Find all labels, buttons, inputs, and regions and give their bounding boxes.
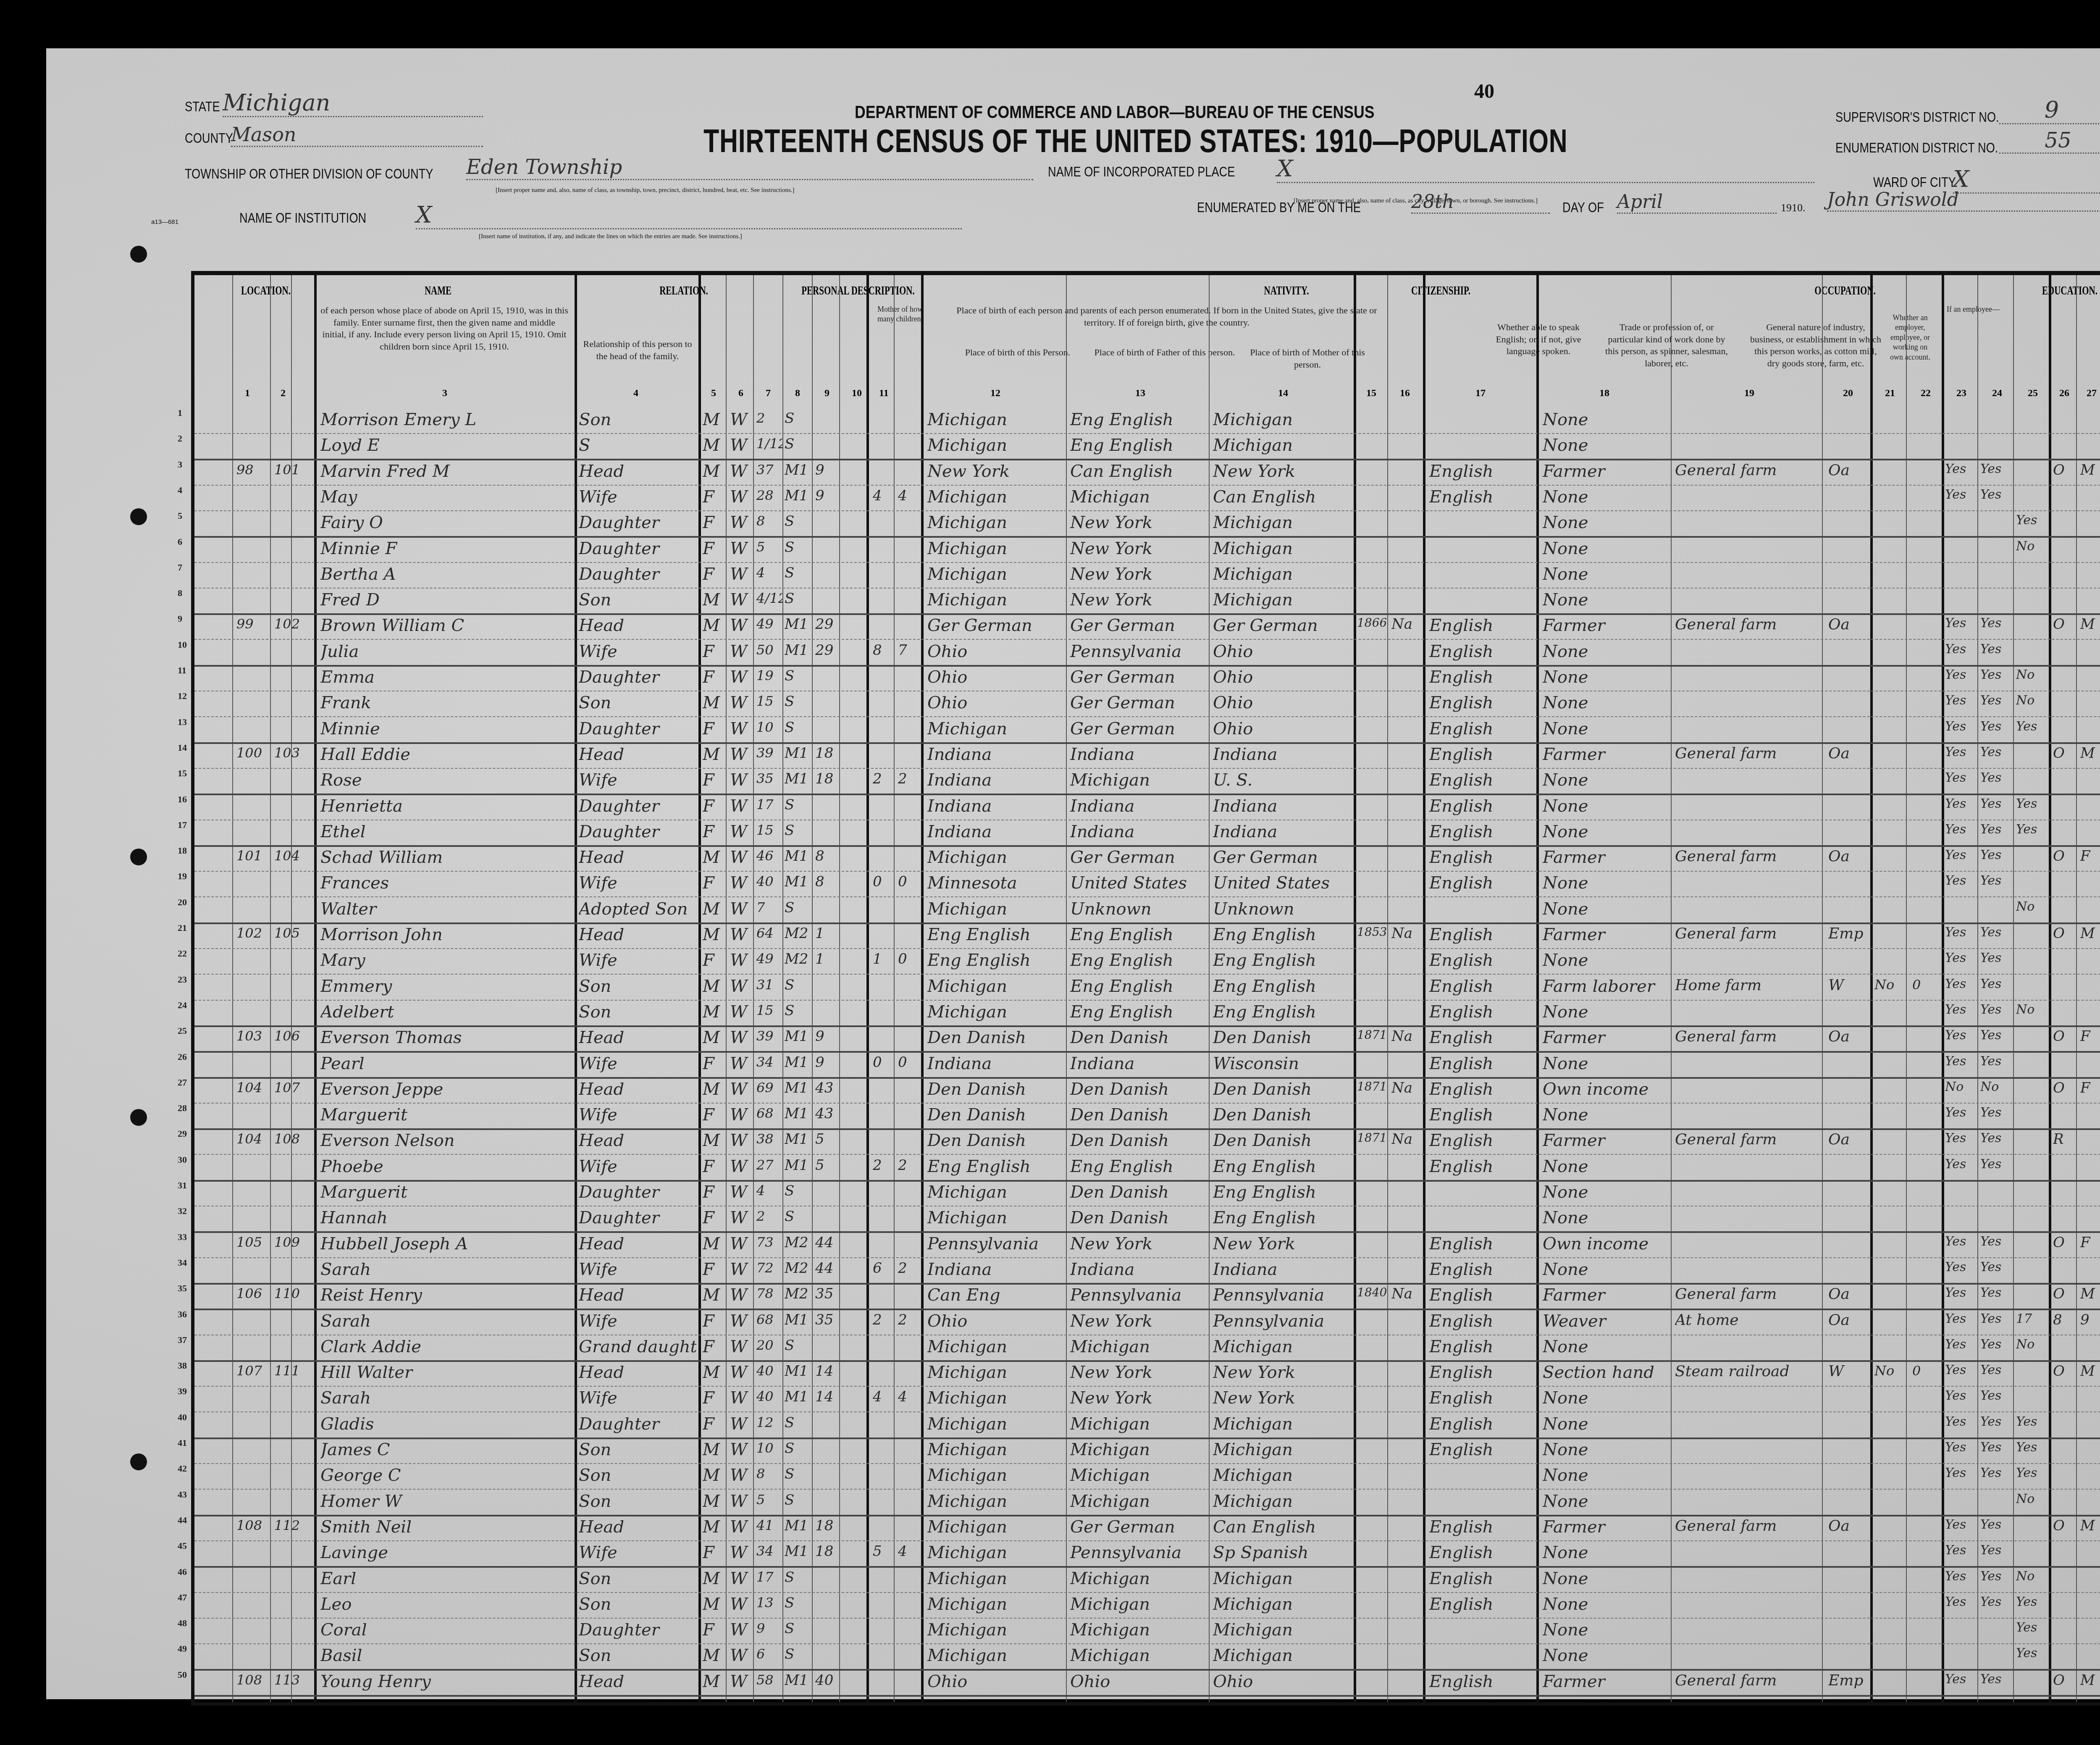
can-read: Yes [1945, 1672, 1977, 1687]
age: 10 [756, 719, 782, 735]
children-living: 7 [898, 642, 919, 659]
sex: F [703, 1337, 726, 1356]
can-write: Yes [1980, 693, 2012, 708]
line-number-left: 43 [178, 1489, 187, 1500]
county-label: County [185, 130, 233, 147]
race: W [730, 1080, 753, 1099]
trade: None [1543, 1183, 1669, 1202]
birthplace-mother: Eng English [1213, 1183, 1352, 1202]
birthplace-person: Ohio [927, 642, 1064, 661]
birthplace-father: Den Danish [1070, 1080, 1207, 1099]
trade: None [1543, 565, 1669, 584]
language: English [1429, 642, 1534, 661]
birthplace-person: Michigan [927, 1414, 1064, 1434]
attended-school: No [2016, 899, 2047, 914]
language: English [1429, 1595, 1534, 1614]
dwelling-number: 106 [236, 1285, 270, 1301]
birthplace-person: Michigan [927, 1517, 1064, 1537]
language: English [1429, 719, 1534, 738]
birthplace-mother: Pennsylvania [1213, 1311, 1352, 1331]
county-value: Mason [231, 123, 483, 147]
sex: F [703, 1105, 726, 1125]
sex: M [703, 1595, 726, 1614]
incorporated-place-label: Name of incorporated place [1048, 164, 1235, 180]
marital-status: M1 [785, 1131, 812, 1148]
person-name: Henrietta [320, 796, 572, 816]
person-name: Morrison Emery L [320, 410, 572, 429]
marital-status: S [785, 1620, 812, 1637]
column-number: 26 [2059, 388, 2069, 399]
attended-school: No [2016, 1337, 2047, 1352]
sex: M [703, 1131, 726, 1150]
line-number-left: 47 [178, 1592, 187, 1603]
birthplace-person: Michigan [927, 848, 1064, 867]
township-label: Township or other division of county [185, 166, 433, 182]
can-read: Yes [1945, 1388, 1977, 1403]
can-write: Yes [1980, 925, 2012, 940]
sex: F [703, 487, 726, 507]
birthplace-person: Michigan [927, 436, 1064, 455]
trade: None [1543, 668, 1669, 687]
race: W [730, 1131, 753, 1150]
attended-school: Yes [2016, 796, 2047, 811]
line-number-left: 33 [178, 1232, 187, 1243]
column-number: 16 [1400, 388, 1410, 399]
birthplace-father: Michigan [1070, 770, 1207, 790]
race: W [730, 951, 753, 970]
person-name: Pearl [320, 1054, 572, 1073]
line-number-left: 24 [178, 1000, 187, 1011]
trade: None [1543, 1569, 1669, 1588]
trade: None [1543, 1595, 1669, 1614]
table-row: 10 Julia Wife F W 50 M1 29 8 7 Ohio Penn… [194, 639, 2100, 667]
table-row: 20 Walter Adopted Son M W 7 S Michigan U… [194, 897, 2100, 924]
employer-status: Emp [1828, 925, 1868, 942]
table-row: 18 101 104 Schad William Head M W 46 M1 … [194, 845, 2100, 872]
children-living: 0 [898, 873, 919, 890]
department-heading: DEPARTMENT OF COMMERCE AND LABOR—BUREAU … [855, 102, 1375, 122]
birthplace-father: New York [1070, 590, 1207, 610]
naturalization: Na [1391, 1285, 1421, 1302]
age: 8 [756, 1466, 782, 1482]
can-read: Yes [1945, 1311, 1977, 1326]
immigration-year: 1871 [1357, 1131, 1386, 1145]
marital-status: M2 [785, 1234, 812, 1251]
marital-status: S [785, 1492, 812, 1508]
attended-school: Yes [2016, 1466, 2047, 1480]
sex: M [703, 1080, 726, 1099]
marital-status: S [785, 977, 812, 993]
race: W [730, 848, 753, 867]
can-write: Yes [1980, 822, 2012, 837]
race: W [730, 1311, 753, 1331]
trade: None [1543, 770, 1669, 790]
trade: None [1543, 796, 1669, 816]
table-row: 9 99 102 Brown William C Head M W 49 M1 … [194, 613, 2100, 640]
group-personal: PERSONAL DESCRIPTION. [785, 284, 932, 298]
race: W [730, 1105, 753, 1125]
person-name: Rose [320, 770, 572, 790]
industry: General farm [1675, 1028, 1820, 1045]
line-number-left: 6 [178, 536, 182, 547]
sex: M [703, 1002, 726, 1022]
age: 46 [756, 848, 782, 864]
language: English [1429, 977, 1534, 996]
binder-hole [130, 508, 147, 525]
group-nativity: NATIVITY. [1228, 284, 1345, 298]
state-value: Michigan [223, 89, 483, 117]
birthplace-person: Michigan [927, 590, 1064, 610]
mortgage: M [2080, 1517, 2100, 1534]
sex: M [703, 1492, 726, 1511]
trade: Farmer [1543, 1517, 1669, 1537]
years-married: 9 [815, 1054, 839, 1071]
marital-status: S [785, 1183, 812, 1199]
can-read: Yes [1945, 1414, 1977, 1429]
person-name: Hubbell Joseph A [320, 1234, 572, 1254]
race: W [730, 1002, 753, 1022]
can-write: Yes [1980, 848, 2012, 862]
children-born: 1 [873, 951, 892, 967]
sex: F [703, 1543, 726, 1562]
table-row: 48 Coral Daughter F W 9 S Michigan Michi… [194, 1618, 2100, 1644]
group-relation: RELATION. [647, 284, 721, 298]
line-number-left: 26 [178, 1051, 187, 1062]
birthplace-father: Pennsylvania [1070, 642, 1207, 661]
table-row: 49 Basil Son M W 6 S Michigan Michigan M… [194, 1643, 2100, 1671]
person-name: Loyd E [320, 436, 572, 455]
table-row: 23 Emmery Son M W 31 S Michigan Eng Engl… [194, 974, 2100, 1001]
family-number: 108 [274, 1131, 312, 1147]
employer-header: Whether an employer, employee, or workin… [1887, 313, 1933, 362]
birthplace-father: Michigan [1070, 1620, 1207, 1640]
column-number: 22 [1921, 388, 1931, 399]
children-living: 2 [898, 1260, 919, 1277]
table-row: 36 Sarah Wife F W 68 M1 35 2 2 Ohio New … [194, 1309, 2100, 1335]
language: English [1429, 616, 1534, 635]
race: W [730, 1337, 753, 1356]
person-name: Earl [320, 1569, 572, 1588]
birth-mother-header: Place of birth of Mother of this person. [1236, 347, 1379, 371]
person-name: Emmery [320, 977, 572, 996]
age: 4/12 [756, 590, 782, 606]
age: 4 [756, 1183, 782, 1198]
sex: F [703, 539, 726, 558]
supervisor-district-label: Supervisor's District No. [1835, 109, 1999, 126]
race: W [730, 1208, 753, 1227]
age: 31 [756, 977, 782, 993]
trade: Farmer [1543, 745, 1669, 764]
birthplace-person: Michigan [927, 410, 1064, 429]
relation: Wife [579, 1260, 696, 1279]
birthplace-father: Den Danish [1070, 1183, 1207, 1202]
birthplace-father: Ger German [1070, 848, 1207, 867]
dwelling-number: 108 [236, 1672, 270, 1688]
family-number: 111 [274, 1363, 312, 1379]
birthplace-person: Indiana [927, 1054, 1064, 1073]
race: W [730, 436, 753, 455]
marital-status: S [785, 719, 812, 736]
industry: General farm [1675, 848, 1820, 865]
race: W [730, 1440, 753, 1459]
race: W [730, 693, 753, 712]
line-number-left: 42 [178, 1463, 187, 1474]
person-name: Fairy O [320, 513, 572, 532]
language: English [1429, 1234, 1534, 1254]
naturalization: Na [1391, 1080, 1421, 1096]
race: W [730, 1492, 753, 1511]
age: 68 [756, 1311, 782, 1327]
line-number-left: 4 [178, 485, 182, 496]
immigration-year: 1866 [1357, 616, 1386, 630]
person-name: Young Henry [320, 1672, 572, 1691]
children-living: 0 [898, 951, 919, 967]
years-married: 5 [815, 1131, 839, 1148]
sex: M [703, 1234, 726, 1254]
person-name: Frank [320, 693, 572, 712]
line-number-left: 2 [178, 433, 182, 444]
line-number-left: 49 [178, 1643, 187, 1654]
person-name: May [320, 487, 572, 507]
race: W [730, 590, 753, 610]
line-number-left: 18 [178, 845, 187, 856]
can-write: Yes [1980, 462, 2012, 476]
birthplace-person: Michigan [927, 1620, 1064, 1640]
sex: F [703, 873, 726, 893]
trade: None [1543, 1105, 1669, 1125]
line-number-left: 28 [178, 1103, 187, 1114]
marital-status: M1 [785, 487, 812, 504]
relation: Son [579, 1466, 696, 1485]
can-read: Yes [1945, 1234, 1977, 1249]
attended-school: No [2016, 693, 2047, 708]
page-title: THIRTEENTH CENSUS OF THE UNITED STATES: … [703, 122, 1568, 160]
table-row: 16 Henrietta Daughter F W 17 S Indiana I… [194, 794, 2100, 820]
birthplace-mother: Ohio [1213, 1672, 1352, 1691]
age: 40 [756, 873, 782, 889]
table-row: 17 Ethel Daughter F W 15 S Indiana India… [194, 820, 2100, 847]
language: English [1429, 796, 1534, 816]
can-write: Yes [1980, 1363, 2012, 1377]
table-row: 13 Minnie Daughter F W 10 S Michigan Ger… [194, 717, 2100, 744]
ward-label: Ward of city [1873, 174, 1956, 191]
sex: M [703, 848, 726, 867]
can-read: Yes [1945, 1002, 1977, 1017]
trade: Farmer [1543, 1028, 1669, 1047]
industry: General farm [1675, 1131, 1820, 1148]
trade: None [1543, 873, 1669, 893]
family-number: 113 [274, 1672, 312, 1688]
marital-status: M1 [785, 745, 812, 762]
age: 72 [756, 1260, 782, 1276]
sex: M [703, 1466, 726, 1485]
person-name: Ethel [320, 822, 572, 841]
table-row: 50 108 113 Young Henry Head M W 58 M1 40… [194, 1669, 2100, 1697]
years-married: 1 [815, 925, 839, 942]
person-name: Emma [320, 668, 572, 687]
birthplace-mother: New York [1213, 1363, 1352, 1382]
owned-rented: O [2053, 848, 2076, 865]
marital-status: S [785, 1466, 812, 1482]
sex: F [703, 822, 726, 841]
birthplace-person: Michigan [927, 1646, 1064, 1665]
age: 12 [756, 1414, 782, 1430]
can-write: Yes [1980, 1260, 2012, 1275]
marital-status: M2 [785, 1260, 812, 1277]
family-number: 106 [274, 1028, 312, 1044]
birthplace-person: Ohio [927, 1672, 1064, 1691]
person-name: Basil [320, 1646, 572, 1665]
table-row: 45 Lavinge Wife F W 34 M1 18 5 4 Michiga… [194, 1540, 2100, 1568]
trade: Section hand [1543, 1363, 1669, 1382]
person-name: Mary [320, 951, 572, 970]
immigration-year: 1840 [1357, 1285, 1386, 1299]
column-number: 13 [1135, 388, 1145, 399]
birthplace-mother: Michigan [1213, 1440, 1352, 1459]
marital-status: S [785, 1440, 812, 1457]
language: English [1429, 1337, 1534, 1356]
relation: Head [579, 1028, 696, 1047]
dwelling-number: 100 [236, 745, 270, 761]
column-number: 15 [1366, 388, 1376, 399]
years-married: 35 [815, 1311, 839, 1328]
age: 1/12 [756, 436, 782, 452]
language: English [1429, 770, 1534, 790]
race: W [730, 487, 753, 507]
trade: None [1543, 693, 1669, 712]
employer-status: Oa [1828, 848, 1868, 865]
birthplace-father: Indiana [1070, 745, 1207, 764]
race: W [730, 513, 753, 532]
enumerated-label: Enumerated by me on the [1197, 200, 1361, 216]
person-name: Fred D [320, 590, 572, 610]
trade: Own income [1543, 1080, 1669, 1099]
table-row: 35 106 110 Reist Henry Head M W 78 M2 35… [194, 1283, 2100, 1310]
birthplace-person: Michigan [927, 1492, 1064, 1511]
column-number: 4 [633, 388, 638, 399]
enumerated-month: April [1617, 191, 1777, 214]
birthplace-father: New York [1070, 1311, 1207, 1331]
table-row: 3 98 101 Marvin Fred M Head M W 37 M1 9 … [194, 459, 2100, 486]
marital-status: S [785, 1646, 812, 1663]
employer-status: Oa [1828, 616, 1868, 633]
relation: Son [579, 410, 696, 429]
age: 73 [756, 1234, 782, 1250]
employer-status: Emp [1828, 1672, 1868, 1689]
person-name: Hannah [320, 1208, 572, 1227]
years-married: 43 [815, 1080, 839, 1096]
trade: Farmer [1543, 1672, 1669, 1691]
relation: Head [579, 1080, 696, 1099]
binder-hole [130, 246, 147, 263]
relation: Wife [579, 1105, 696, 1125]
immigration-year: 1853 [1357, 925, 1386, 939]
sex: F [703, 1208, 726, 1227]
marital-status: S [785, 539, 812, 556]
birthplace-father: Ger German [1070, 668, 1207, 687]
birthplace-mother: New York [1213, 1234, 1352, 1254]
relation: Head [579, 616, 696, 635]
trade: None [1543, 436, 1669, 455]
group-name: NAME [394, 284, 482, 298]
table-row: 32 Hannah Daughter F W 2 S Michigan Den … [194, 1206, 2100, 1233]
line-number-left: 25 [178, 1025, 187, 1036]
relation: Wife [579, 770, 696, 790]
age: 58 [756, 1672, 782, 1688]
birthplace-father: Den Danish [1070, 1028, 1207, 1047]
column-number: 21 [1885, 388, 1895, 399]
years-married: 9 [815, 1028, 839, 1045]
language: English [1429, 1105, 1534, 1125]
birthplace-person: Michigan [927, 1595, 1064, 1614]
birthplace-mother: Indiana [1213, 745, 1352, 764]
line-number-left: 32 [178, 1206, 187, 1217]
race: W [730, 1388, 753, 1408]
line-number-left: 1 [178, 407, 182, 418]
marital-status: S [785, 565, 812, 581]
birthplace-person: Michigan [927, 487, 1064, 507]
person-name: Everson Thomas [320, 1028, 572, 1047]
sex: F [703, 770, 726, 790]
can-write: Yes [1980, 1105, 2012, 1120]
can-write: Yes [1980, 873, 2012, 888]
sex: M [703, 616, 726, 635]
relation: Head [579, 1285, 696, 1305]
line-number-left: 27 [178, 1077, 187, 1088]
sex: F [703, 1260, 726, 1279]
marital-status: S [785, 1595, 812, 1611]
birthplace-person: Can Eng [927, 1285, 1064, 1305]
line-number-left: 41 [178, 1438, 187, 1448]
table-row: 4 May Wife F W 28 M1 9 4 4 Michigan Mich… [194, 485, 2100, 511]
institution-note: [Insert name of institution, if any, and… [479, 233, 742, 240]
birthplace-mother: Michigan [1213, 1569, 1352, 1588]
birthplace-father: Indiana [1070, 822, 1207, 841]
birthplace-person: Michigan [927, 977, 1064, 996]
marital-status: M1 [785, 1157, 812, 1174]
age: 10 [756, 1440, 782, 1456]
age: 17 [756, 796, 782, 812]
marital-status: M2 [785, 951, 812, 967]
line-number-left: 50 [178, 1669, 187, 1680]
family-number: 110 [274, 1285, 312, 1301]
table-row: 24 Adelbert Son M W 15 S Michigan Eng En… [194, 1000, 2100, 1027]
relation-description: Relationship of this person to the head … [579, 338, 696, 362]
person-name: Minnie [320, 719, 572, 738]
relation: Wife [579, 1388, 696, 1408]
birthplace-person: Indiana [927, 745, 1064, 764]
industry: General farm [1675, 745, 1820, 762]
birthplace-person: Minnesota [927, 873, 1064, 893]
race: W [730, 719, 753, 738]
age: 15 [756, 693, 782, 709]
attended-school: Yes [2016, 1620, 2047, 1635]
institution-label: Name of institution [239, 210, 366, 226]
years-married: 43 [815, 1105, 839, 1122]
birthplace-person: Ohio [927, 1311, 1064, 1331]
trade: Farmer [1543, 1285, 1669, 1305]
table-row: 29 104 108 Everson Nelson Head M W 38 M1… [194, 1128, 2100, 1155]
attended-school: No [2016, 1002, 2047, 1017]
birthplace-father: Eng English [1070, 1157, 1207, 1176]
language: English [1429, 1569, 1534, 1588]
enumeration-district-label: Enumeration District No. [1835, 140, 1998, 156]
person-name: Hall Eddie [320, 745, 572, 764]
relation: Daughter [579, 1208, 696, 1227]
person-name: Adelbert [320, 1002, 572, 1022]
age: 78 [756, 1285, 782, 1301]
column-number: 11 [879, 388, 889, 399]
